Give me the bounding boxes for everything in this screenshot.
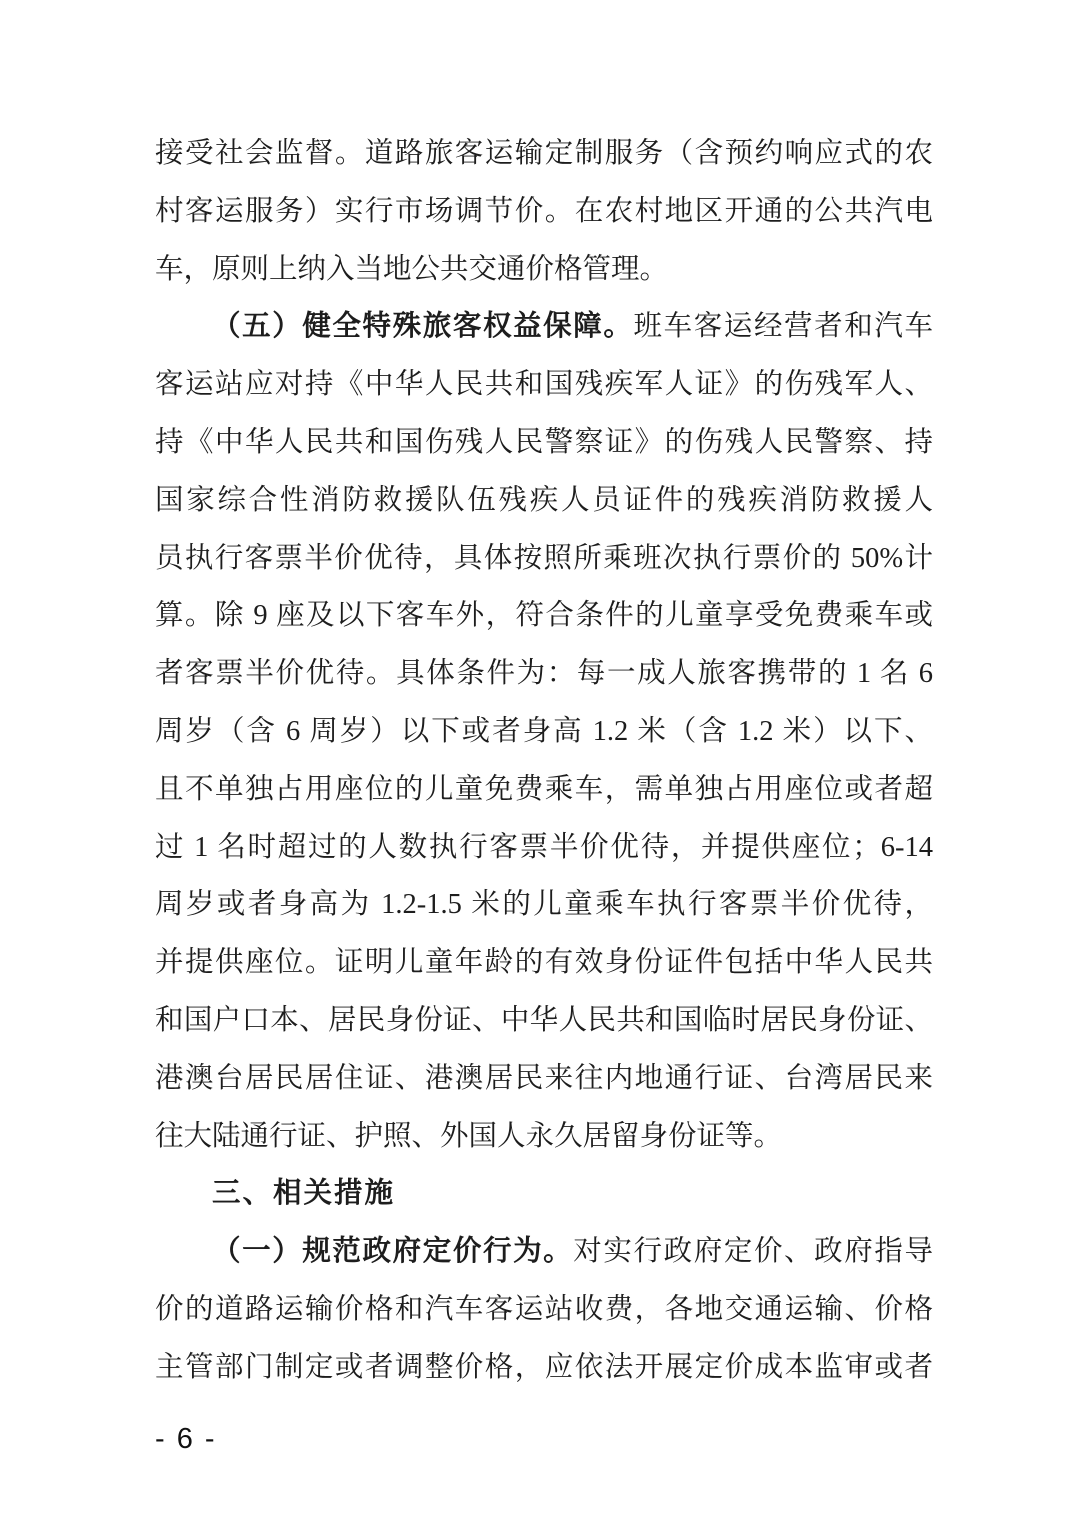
document-line: 主管部门制定或者调整价格，应依法开展定价成本监审或者: [155, 1339, 933, 1397]
document-line: 周岁或者身高为 1.2-1.5 米的儿童乘车执行客票半价优待，: [155, 876, 933, 934]
paragraph-lead-rest: 班车客运经营者和汽车: [634, 311, 933, 342]
document-line: 者客票半价优待。具体条件为：每一成人旅客携带的 1 名 6: [155, 645, 933, 703]
document-line: 价的道路运输价格和汽车客运站收费，各地交通运输、价格: [155, 1281, 933, 1339]
document-line: 过 1 名时超过的人数执行客票半价优待，并提供座位；6-14: [155, 819, 933, 877]
document-line: （一）规范政府定价行为。对实行政府定价、政府指导: [155, 1223, 933, 1281]
document-line: 往大陆通行证、护照、外国人永久居留身份证等。: [155, 1108, 933, 1166]
document-line: 港澳台居民居住证、港澳居民来往内地通行证、台湾居民来: [155, 1050, 933, 1108]
paragraph-lead-bold: （一）规范政府定价行为。: [212, 1235, 573, 1267]
paragraph-lead-rest: 对实行政府定价、政府指导: [573, 1236, 933, 1267]
document-line: 村客运服务）实行市场调节价。在农村地区开通的公共汽电: [155, 183, 933, 241]
document-page: 接受社会监督。道路旅客运输定制服务（含预约响应式的农 村客运服务）实行市场调节价…: [0, 0, 1080, 1516]
document-line: （五）健全特殊旅客权益保障。班车客运经营者和汽车: [155, 298, 933, 356]
document-line: 接受社会监督。道路旅客运输定制服务（含预约响应式的农: [155, 125, 933, 183]
document-line: 持《中华人民共和国伤残人民警察证》的伤残人民警察、持: [155, 414, 933, 472]
document-text-block: 接受社会监督。道路旅客运输定制服务（含预约响应式的农 村客运服务）实行市场调节价…: [155, 125, 933, 1397]
paragraph-lead-bold: （五）健全特殊旅客权益保障。: [212, 310, 634, 342]
page-number: - 6 -: [155, 1422, 217, 1456]
document-line: 客运站应对持《中华人民共和国残疾军人证》的伤残军人、: [155, 356, 933, 414]
document-line: 并提供座位。证明儿童年龄的有效身份证件包括中华人民共: [155, 934, 933, 992]
document-line: 车，原则上纳入当地公共交通价格管理。: [155, 241, 933, 299]
document-line: 员执行客票半价优待，具体按照所乘班次执行票价的 50%计: [155, 530, 933, 588]
document-line: 周岁（含 6 周岁）以下或者身高 1.2 米（含 1.2 米）以下、: [155, 703, 933, 761]
document-line: 且不单独占用座位的儿童免费乘车，需单独占用座位或者超: [155, 761, 933, 819]
section-heading: 三、相关措施: [155, 1165, 933, 1223]
document-line: 算。除 9 座及以下客车外，符合条件的儿童享受免费乘车或: [155, 587, 933, 645]
document-line: 和国户口本、居民身份证、中华人民共和国临时居民身份证、: [155, 992, 933, 1050]
document-line: 国家综合性消防救援队伍残疾人员证件的残疾消防救援人: [155, 472, 933, 530]
